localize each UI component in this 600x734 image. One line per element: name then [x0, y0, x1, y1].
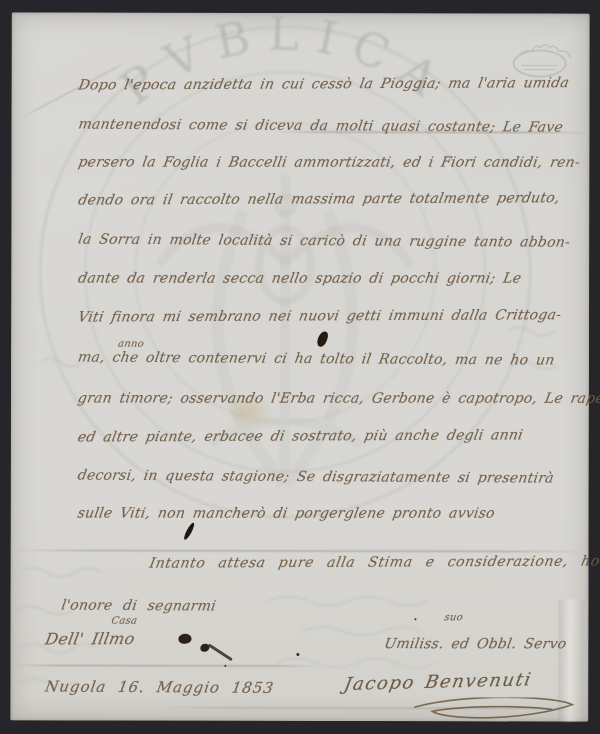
letter-line: ed altre piante, erbacee di sostrato, pi… [76, 427, 524, 445]
ink-speck [414, 618, 416, 620]
signoff: Umiliss. ed Obbl. Servo [383, 636, 568, 652]
letter-line: ma, che oltre contenervi ci ha tolto il … [77, 350, 556, 369]
ink-speck [296, 653, 299, 656]
letter-line: gran timore; osservando l'Erba ricca, Ge… [77, 391, 600, 407]
letter-line: dante da renderla secca nello spazio di … [77, 271, 523, 287]
paper-sheet: PVBLICA [10, 12, 589, 721]
valediction-line: l'onore di segnarmi [60, 598, 217, 615]
ink-speck [224, 665, 226, 667]
place-date: Nugola 16. Maggio 1853 [44, 677, 276, 696]
interline-note: anno [117, 339, 145, 350]
letter-line: Dopo l'epoca anzidetta in cui cessò la P… [77, 75, 571, 93]
letter-line: mantenendosi come si diceva da molti qua… [77, 117, 564, 136]
valediction-superscript: Casa [110, 616, 138, 627]
valediction-line: Dell' Illmo [44, 629, 137, 648]
signature-flourish [402, 697, 582, 723]
letter-line: Viti finora mi sembrano nei nuovi getti … [77, 307, 563, 325]
closing-paragraph: Intanto attesa pure alla Stima e conside… [148, 553, 600, 571]
letter-line: sulle Viti, non mancherò di porgerglene … [76, 506, 496, 522]
letter-line: la Sorra in molte località si caricò di … [77, 232, 571, 251]
letter-line: dendo ora il raccolto nella massima part… [77, 190, 561, 208]
letter-line: decorsi, in questa stagione; Se disgrazi… [76, 468, 555, 487]
signoff-superscript: suo [443, 612, 463, 623]
letter-line: persero la Foglia i Baccelli ammortizzat… [77, 155, 581, 171]
